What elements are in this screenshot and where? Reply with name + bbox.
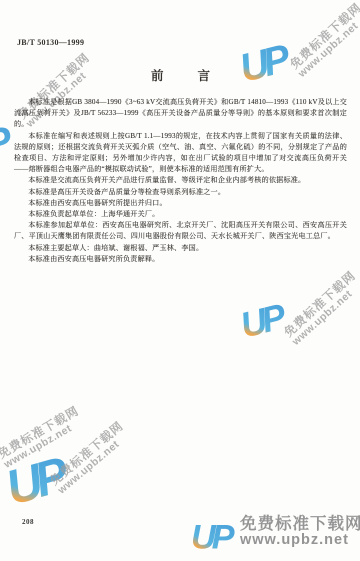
paragraph: 本标准由西安高压电器研究所提出并归口。	[14, 198, 347, 209]
up-logo-text: UP	[191, 519, 235, 557]
up-logo-text: UP	[237, 296, 291, 346]
paragraph: 本标准由西安高压电器研究所负责解释。	[14, 254, 347, 265]
scanned-page: 免费标准下载网 www.upbz.net UP 免费标准下载网 www.upbz…	[0, 0, 360, 561]
watermark-text-mid-right: 免费标准下载网 www.upbz.net	[282, 269, 360, 347]
document-content: JB/T 50130—1999 前言 本标准是根据GB 3804—1990《3~…	[14, 38, 347, 265]
paragraph: 本标准是根据GB 3804—1990《3~63 kV交流高压负荷开关》和GB/T…	[14, 97, 347, 131]
foreword-body: 本标准是根据GB 3804—1990《3~63 kV交流高压负荷开关》和GB/T…	[14, 97, 347, 265]
page-title: 前言	[14, 66, 360, 84]
page-number: 208	[22, 518, 34, 526]
up-logo-icon: UP	[234, 288, 298, 348]
paragraph: 本标准是高压开关设备产品质量分等检查导则系列标准之一。	[14, 187, 347, 198]
standard-number: JB/T 50130—1999	[17, 38, 347, 47]
paragraph: 本标准是交流高压负荷开关产品进行质量监督、等级评定和企业内部考核的依据标准。	[14, 175, 347, 186]
paragraph: 本标准负责起草单位：上海华通开关厂。	[14, 209, 347, 220]
watermark-site-name: 免费标准下载网	[282, 269, 358, 339]
watermark-site-name: 免费标准下载网	[240, 516, 360, 533]
paragraph: 本标准在编写和表述规则上按GB/T 1.1—1993的规定，在技术内容上贯彻了国…	[14, 131, 347, 176]
watermark-site-url: www.upbz.net	[240, 533, 360, 548]
paragraph: 本标准主要起草人：曲培斌、谢根福、严玉林、李国。	[14, 243, 347, 254]
watermark-text-bottom-right: 免费标准下载网 www.upbz.net	[240, 516, 360, 549]
paragraph: 本标准参加起草单位：西安高压电器研究所、北京开关厂、沈阳高压开关有限公司、西安高…	[14, 220, 347, 242]
up-logo-icon: UP	[190, 512, 242, 558]
